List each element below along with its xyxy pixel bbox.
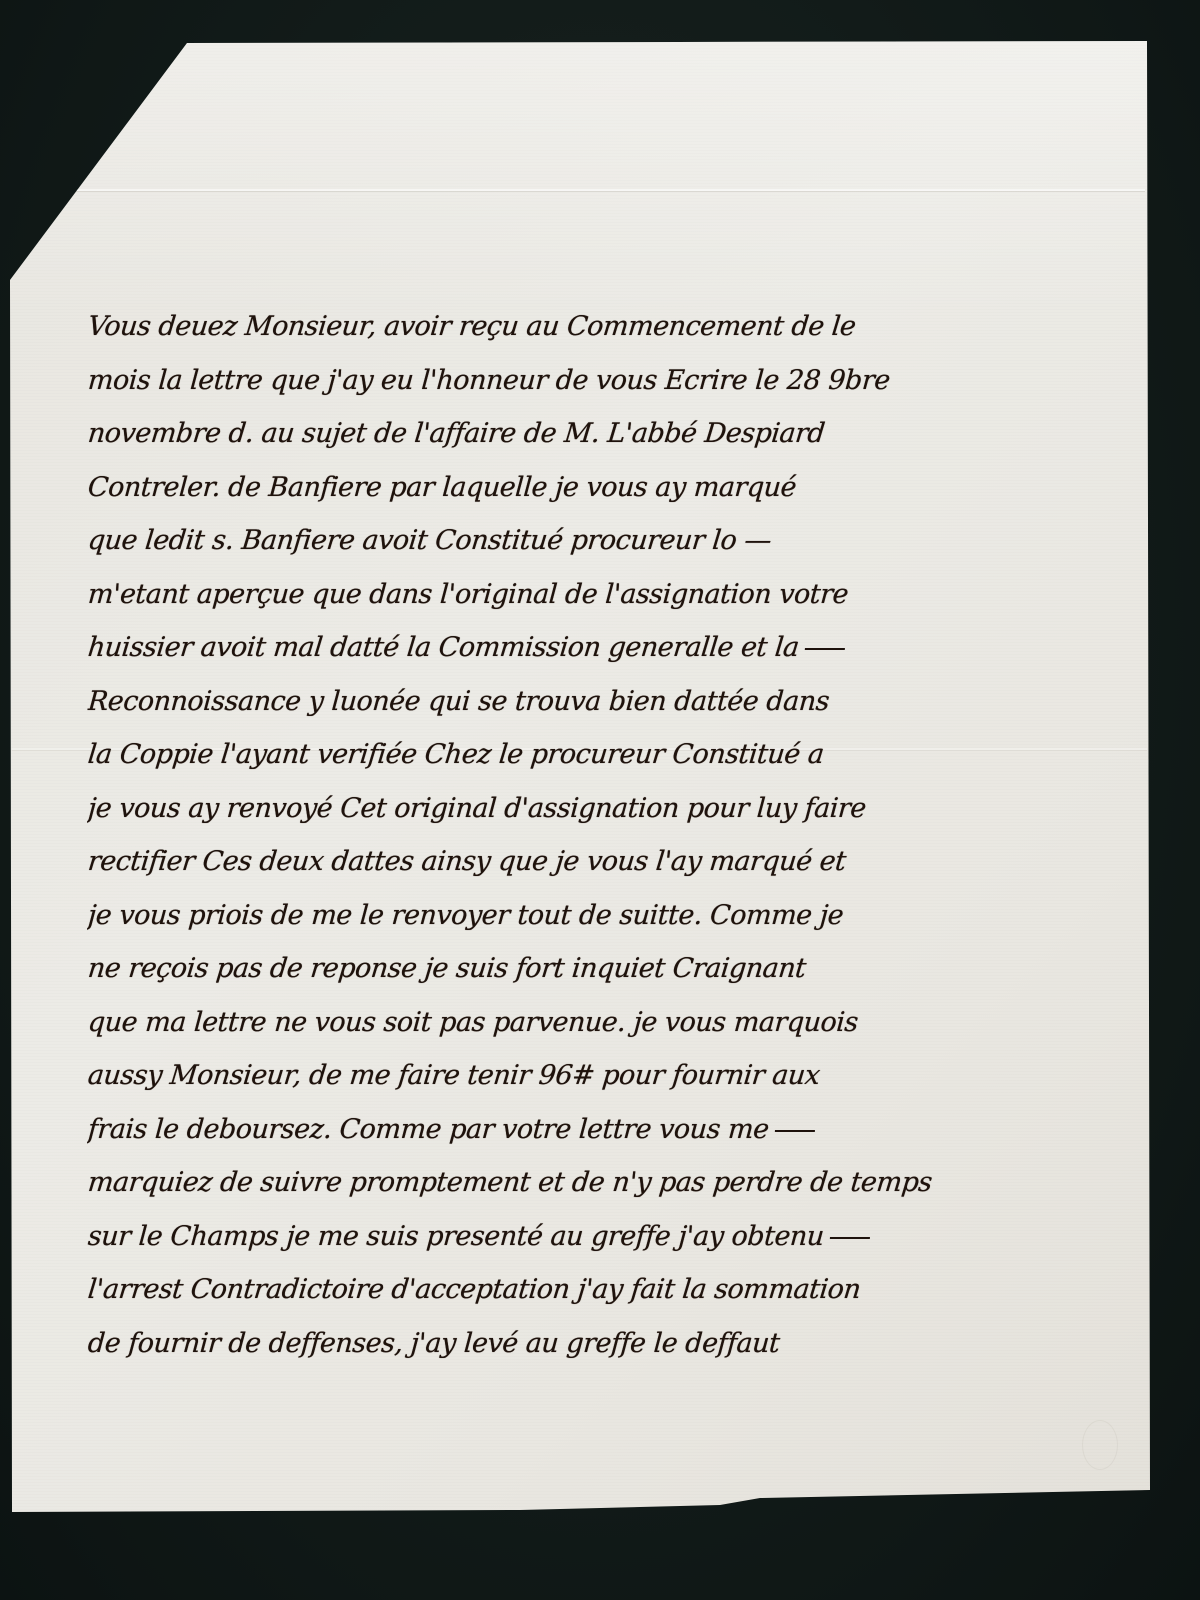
- blind-embossed-stamp: [1082, 1420, 1118, 1470]
- line-text: Contreler. de Banfiere par laquelle je v…: [87, 472, 797, 503]
- letter-line-15: aussy Monsieur, de me faire tenir 96# po…: [85, 1049, 1141, 1103]
- manuscript-page: Vous deuez Monsieur, avoir reçu au Comme…: [0, 0, 1200, 1600]
- letter-body: Vous deuez Monsieur, avoir reçu au Comme…: [88, 300, 1138, 1370]
- line-text: novembre d. au sujet de l'affaire de M. …: [86, 418, 826, 449]
- line-text: rectifier Ces deux dattes ainsy que je v…: [86, 846, 847, 877]
- letter-line-9: la Coppie l'ayant verifiée Chez le procu…: [85, 728, 1141, 782]
- letter-line-14: que ma lettre ne vous soit pas parvenue.…: [86, 996, 1140, 1050]
- line-text: ne reçois pas de reponse je suis fort in…: [86, 953, 807, 984]
- letter-line-20: de fournir de deffenses, j'ay levé au gr…: [86, 1317, 1140, 1371]
- line-text: la Coppie l'ayant verifiée Chez le procu…: [86, 739, 825, 770]
- letter-line-5: que ledit s. Banfiere avoit Constitué pr…: [85, 514, 1141, 568]
- line-text: marquiez de suivre promptement et de n'y…: [86, 1167, 933, 1198]
- line-text: sur le Champs je me suis presenté au gre…: [87, 1221, 825, 1252]
- line-text: mois la lettre que j'ay eu l'honneur de …: [87, 365, 891, 396]
- letter-line-3: novembre d. au sujet de l'affaire de M. …: [85, 407, 1141, 461]
- letter-line-7: huissier avoit mal datté la Commission g…: [85, 621, 1141, 675]
- letter-line-16: frais le deboursez. Comme par votre lett…: [86, 1103, 1140, 1157]
- letter-line-12: je vous priois de me le renvoyer tout de…: [86, 889, 1140, 943]
- line-text: Vous deuez Monsieur, avoir reçu au Comme…: [86, 311, 857, 342]
- letter-line-6: m'etant aperçue que dans l'original de l…: [86, 568, 1140, 622]
- letter-line-13: ne reçois pas de reponse je suis fort in…: [85, 942, 1141, 996]
- line-text: aussy Monsieur, de me faire tenir 96# po…: [86, 1060, 821, 1091]
- letter-line-18: sur le Champs je me suis presenté au gre…: [86, 1210, 1140, 1264]
- letter-line-10: je vous ay renvoyé Cet original d'assign…: [86, 782, 1140, 836]
- line-text: je vous priois de me le renvoyer tout de…: [87, 900, 844, 931]
- line-filler-stroke: [775, 1129, 815, 1131]
- line-text: Reconnoissance y luonée qui se trouva bi…: [87, 686, 830, 717]
- letter-line-19: l'arrest Contradictoire d'acceptation j'…: [85, 1263, 1141, 1317]
- line-text: frais le deboursez. Comme par votre lett…: [87, 1114, 770, 1145]
- letter-line-4: Contreler. de Banfiere par laquelle je v…: [86, 461, 1140, 515]
- line-text: que ma lettre ne vous soit pas parvenue.…: [87, 1007, 859, 1038]
- letter-line-1: Vous deuez Monsieur, avoir reçu au Comme…: [85, 300, 1141, 354]
- line-text: de fournir de deffenses, j'ay levé au gr…: [87, 1328, 781, 1359]
- line-text: m'etant aperçue que dans l'original de l…: [87, 579, 849, 610]
- paper-fold-line: [75, 189, 1145, 191]
- line-filler-stroke: [805, 648, 845, 650]
- line-text: que ledit s. Banfiere avoit Constitué pr…: [86, 525, 772, 556]
- line-text: l'arrest Contradictoire d'acceptation j'…: [86, 1274, 862, 1305]
- letter-line-11: rectifier Ces deux dattes ainsy que je v…: [85, 835, 1141, 889]
- letter-line-8: Reconnoissance y luonée qui se trouva bi…: [86, 675, 1140, 729]
- line-filler-stroke: [830, 1236, 870, 1238]
- letter-line-17: marquiez de suivre promptement et de n'y…: [85, 1156, 1141, 1210]
- line-text: huissier avoit mal datté la Commission g…: [86, 632, 800, 663]
- letter-line-2: mois la lettre que j'ay eu l'honneur de …: [86, 354, 1140, 408]
- line-text: je vous ay renvoyé Cet original d'assign…: [87, 793, 867, 824]
